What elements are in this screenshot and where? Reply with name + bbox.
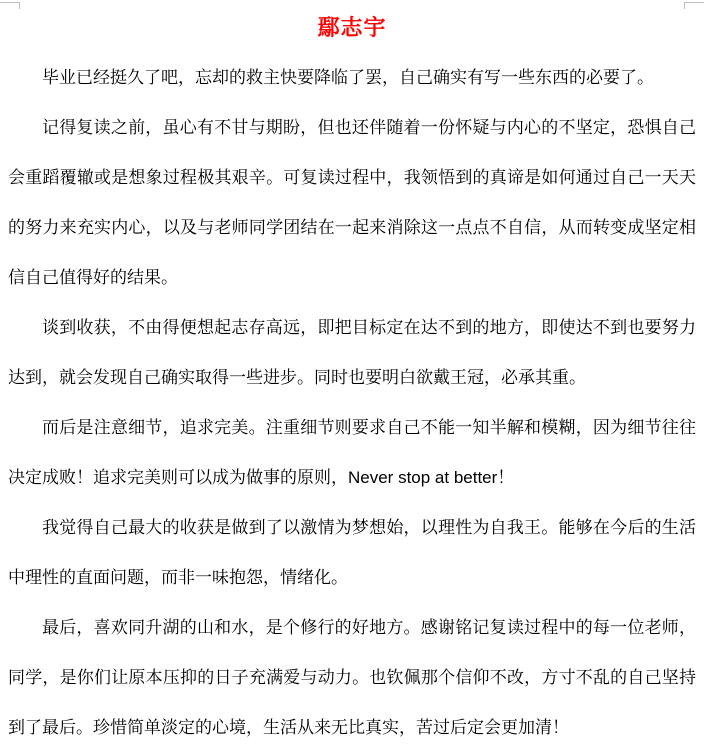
paragraph: 我觉得自己最大的收获是做到了以激情为梦想始，以理性为自我王。能够在今后的生活中理… [8,503,696,603]
document-body: 毕业已经挺久了吧，忘却的救主快要降临了罢，自己确实有写一些东西的必要了。记得复读… [0,53,704,753]
paragraph: 谈到收获，不由得便想起志存高远，即把目标定在达不到的地方，即使达不到也要努力达到… [8,303,696,403]
paragraph: 记得复读之前，虽心有不甘与期盼，但也还伴随着一份怀疑与内心的不坚定，恐惧自己会重… [8,103,696,303]
page-margin-mark-top-left [0,2,20,9]
document-page: 鄢志宇 毕业已经挺久了吧，忘却的救主快要降临了罢，自己确实有写一些东西的必要了。… [0,0,704,754]
document-title: 鄢志宇 [0,12,704,44]
paragraph: 而后是注意细节，追求完美。注重细节则要求自己不能一知半解和模糊，因为细节往往决定… [8,403,696,503]
paragraph: 最后，喜欢同升湖的山和水，是个修行的好地方。感谢铭记复读过程中的每一位老师，同学… [8,603,696,753]
paragraph: 毕业已经挺久了吧，忘却的救主快要降临了罢，自己确实有写一些东西的必要了。 [8,53,696,103]
page-margin-mark-top-right [684,2,704,9]
